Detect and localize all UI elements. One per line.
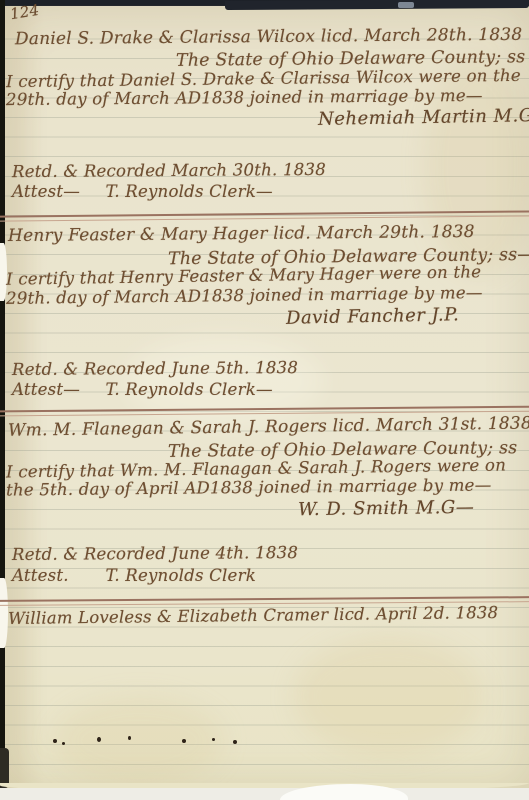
binding-left-edge xyxy=(0,0,5,800)
ledger-photo: 124 Daniel S. Drake & Clarissa Wilcox li… xyxy=(0,0,529,800)
returned-recorded-line: Retd. & Recorded March 30th. 1838 xyxy=(12,160,326,181)
attest-label: Attest. xyxy=(12,566,100,585)
ink-speck xyxy=(212,738,215,741)
ink-speck xyxy=(97,737,101,742)
paper-stain xyxy=(54,696,224,786)
binding-left-edge xyxy=(0,748,9,788)
attest-name: T. Reynolds Clerk— xyxy=(105,380,272,399)
paper-stain xyxy=(294,636,484,756)
ink-speck xyxy=(53,739,57,743)
returned-recorded-line: Retd. & Recorded June 5th. 1838 xyxy=(12,358,298,379)
attest-name: T. Reynolds Clerk xyxy=(105,566,255,585)
license-line: Henry Feaster & Mary Hager licd. March 2… xyxy=(8,222,475,246)
officiant-signature: Nehemiah Martin M.G xyxy=(318,105,529,130)
ink-speck xyxy=(182,739,186,743)
returned-recorded-line: Retd. & Recorded June 4th. 1838 xyxy=(12,543,298,564)
attest-line: Attest— T. Reynolds Clerk— xyxy=(12,182,273,201)
attest-name: T. Reynolds Clerk— xyxy=(105,182,272,201)
attest-line: Attest— T. Reynolds Clerk— xyxy=(12,380,273,399)
officiant-signature: David Fancher J.P. xyxy=(286,304,460,329)
ink-speck xyxy=(128,736,131,740)
book-top-edge-notch xyxy=(398,2,414,8)
page-curl-highlight xyxy=(0,578,8,648)
attest-label: Attest— xyxy=(12,182,100,201)
officiant-signature: W. D. Smith M.G— xyxy=(298,497,475,520)
ink-speck xyxy=(62,742,65,745)
attest-label: Attest— xyxy=(12,380,100,399)
photo-background-bottom xyxy=(0,788,529,800)
attest-line: Attest. T. Reynolds Clerk xyxy=(12,566,256,585)
ink-speck xyxy=(233,740,237,744)
